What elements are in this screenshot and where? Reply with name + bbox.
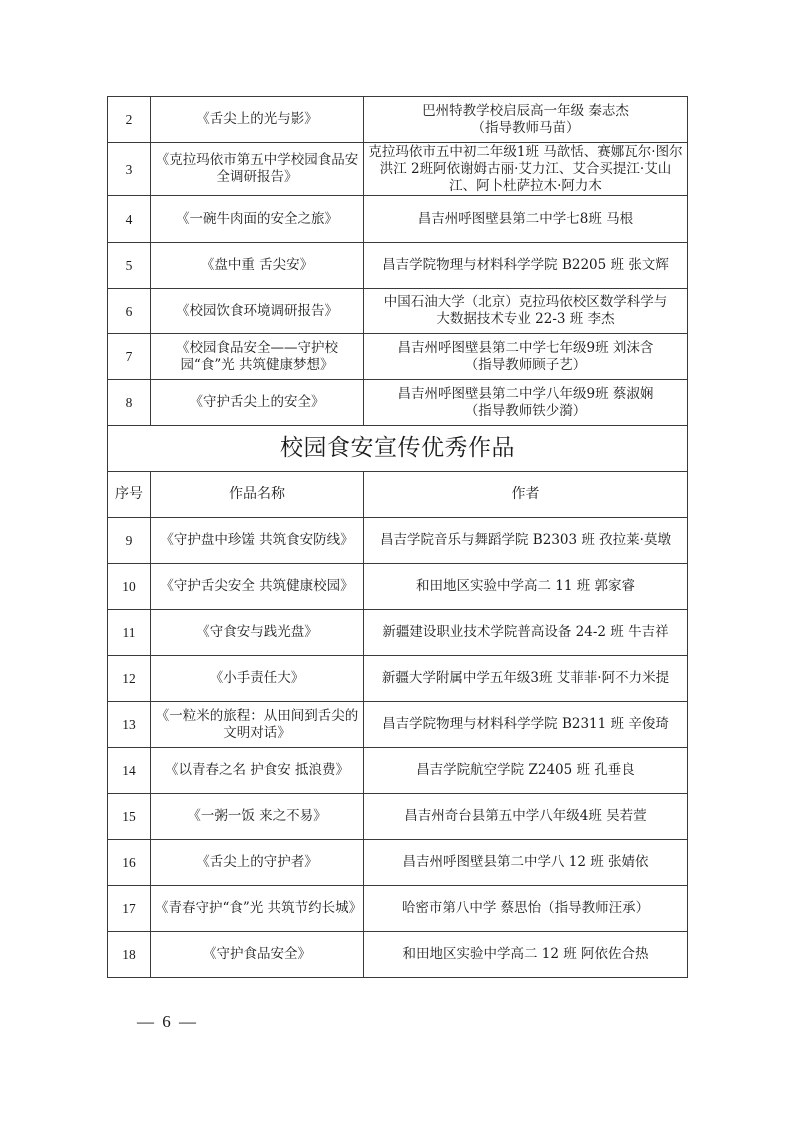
work-author: 和田地区实验中学高二 12 班 阿依佐合热 [364,932,688,978]
work-author: 新疆建设职业技术学院普高设备 24-2 班 牛吉祥 [364,610,688,656]
work-title: 《青春守护“食”光 共筑节约长城》 [151,886,364,932]
table-row: 18 《守护食品安全》 和田地区实验中学高二 12 班 阿依佐合热 [108,932,688,978]
work-title: 《守护食品安全》 [151,932,364,978]
page-number: — 6 — [137,1012,198,1032]
row-number: 11 [108,610,151,656]
work-author: 和田地区实验中学高二 11 班 郭家睿 [364,564,688,610]
row-number: 16 [108,840,151,886]
work-title: 《小手责任大》 [151,656,364,702]
author-line: 大数据技术专业 22-3 班 李杰 [368,311,683,328]
work-title: 《舌尖上的守护者》 [151,840,364,886]
row-number: 2 [108,97,151,143]
table-row: 6 《校园饮食环境调研报告》 中国石油大学（北京）克拉玛依校区数学科学与 大数据… [108,289,688,334]
row-number: 12 [108,656,151,702]
section-title: 校园食安宣传优秀作品 [108,426,688,472]
table-row: 5 《盘中重 舌尖安》 昌吉学院物理与材料科学学院 B2205 班 张文辉 [108,243,688,289]
work-title: 《校园食品安全——守护校园“食”光 共筑健康梦想》 [151,334,364,380]
work-title: 《一粒米的旅程：从田间到舌尖的文明对话》 [151,702,364,748]
work-title: 《以青春之名 护食安 抵浪费》 [151,748,364,794]
work-author: 昌吉州呼图壁县第二中学七8班 马根 [364,196,688,243]
table-row: 2 《舌尖上的光与影》 巴州特教学校启辰高一年级 秦志杰 （指导教师马苗） [108,97,688,143]
author-line: 中国石油大学（北京）克拉玛依校区数学科学与 [368,294,683,311]
work-author: 昌吉州奇台县第五中学八年级4班 吴若萱 [364,794,688,840]
row-number: 10 [108,564,151,610]
advisor-line: （指导教师马苗） [368,120,683,137]
table-row: 12 《小手责任大》 新疆大学附属中学五年级3班 艾菲菲·阿不力米提 [108,656,688,702]
work-author: 中国石油大学（北京）克拉玛依校区数学科学与 大数据技术专业 22-3 班 李杰 [364,289,688,334]
row-number: 13 [108,702,151,748]
table-row: 4 《一碗牛肉面的安全之旅》 昌吉州呼图壁县第二中学七8班 马根 [108,196,688,243]
table-row: 3 《克拉玛依市第五中学校园食品安全调研报告》 克拉玛依市五中初二年级1班 马歆… [108,143,688,196]
work-title: 《舌尖上的光与影》 [151,97,364,143]
work-author: 昌吉学院物理与材料科学学院 B2311 班 辛俊琦 [364,702,688,748]
work-author: 昌吉学院物理与材料科学学院 B2205 班 张文辉 [364,243,688,289]
work-title: 《守护舌尖上的安全》 [151,380,364,426]
work-author: 哈密市第八中学 蔡思怡（指导教师汪承） [364,886,688,932]
work-author: 巴州特教学校启辰高一年级 秦志杰 （指导教师马苗） [364,97,688,143]
header-no: 序号 [108,472,151,518]
row-number: 3 [108,143,151,196]
work-title: 《守护盘中珍馐 共筑食安防线》 [151,518,364,564]
work-title: 《盘中重 舌尖安》 [151,243,364,289]
work-author: 新疆大学附属中学五年级3班 艾菲菲·阿不力米提 [364,656,688,702]
table-row: 11 《守食安与践光盘》 新疆建设职业技术学院普高设备 24-2 班 牛吉祥 [108,610,688,656]
row-number: 4 [108,196,151,243]
table-row: 13 《一粒米的旅程：从田间到舌尖的文明对话》 昌吉学院物理与材料科学学院 B2… [108,702,688,748]
advisor-line: （指导教师铁少漪） [368,403,683,420]
table-header-row: 序号 作品名称 作者 [108,472,688,518]
row-number: 5 [108,243,151,289]
table-row: 14 《以青春之名 护食安 抵浪费》 昌吉学院航空学院 Z2405 班 孔垂良 [108,748,688,794]
table-row: 16 《舌尖上的守护者》 昌吉州呼图壁县第二中学八 12 班 张婧依 [108,840,688,886]
work-title: 《守食安与践光盘》 [151,610,364,656]
table-row: 9 《守护盘中珍馐 共筑食安防线》 昌吉学院音乐与舞蹈学院 B2303 班 孜拉… [108,518,688,564]
work-title: 《一粥一饭 来之不易》 [151,794,364,840]
work-author: 昌吉学院航空学院 Z2405 班 孔垂良 [364,748,688,794]
author-line: 昌吉州呼图壁县第二中学七年级9班 刘沫含 [368,340,683,357]
work-author: 昌吉州呼图壁县第二中学八 12 班 张婧依 [364,840,688,886]
table-row: 7 《校园食品安全——守护校园“食”光 共筑健康梦想》 昌吉州呼图壁县第二中学七… [108,334,688,380]
advisor-line: （指导教师顾子艺） [368,357,683,374]
section-title-row: 校园食安宣传优秀作品 [108,426,688,472]
table-row: 10 《守护舌尖安全 共筑健康校园》 和田地区实验中学高二 11 班 郭家睿 [108,564,688,610]
header-title: 作品名称 [151,472,364,518]
work-author: 昌吉州呼图壁县第二中学七年级9班 刘沫含 （指导教师顾子艺） [364,334,688,380]
work-title: 《校园饮食环境调研报告》 [151,289,364,334]
work-title: 《克拉玛依市第五中学校园食品安全调研报告》 [151,143,364,196]
author-line: 巴州特教学校启辰高一年级 秦志杰 [368,103,683,120]
work-author: 昌吉学院音乐与舞蹈学院 B2303 班 孜拉莱·莫墩 [364,518,688,564]
row-number: 9 [108,518,151,564]
document-page: 2 《舌尖上的光与影》 巴州特教学校启辰高一年级 秦志杰 （指导教师马苗） 3 … [0,0,793,1122]
author-line: 昌吉州呼图壁县第二中学八年级9班 蔡淑娴 [368,386,683,403]
work-title: 《守护舌尖安全 共筑健康校园》 [151,564,364,610]
work-author: 昌吉州呼图壁县第二中学八年级9班 蔡淑娴 （指导教师铁少漪） [364,380,688,426]
table-row: 17 《青春守护“食”光 共筑节约长城》 哈密市第八中学 蔡思怡（指导教师汪承） [108,886,688,932]
row-number: 7 [108,334,151,380]
row-number: 14 [108,748,151,794]
row-number: 6 [108,289,151,334]
work-author: 克拉玛依市五中初二年级1班 马歆恬、赛娜瓦尔·图尔洪江 2班阿依谢姆古丽·艾力江… [364,143,688,196]
row-number: 17 [108,886,151,932]
awards-table: 2 《舌尖上的光与影》 巴州特教学校启辰高一年级 秦志杰 （指导教师马苗） 3 … [107,96,688,978]
table-row: 15 《一粥一饭 来之不易》 昌吉州奇台县第五中学八年级4班 吴若萱 [108,794,688,840]
row-number: 15 [108,794,151,840]
header-author: 作者 [364,472,688,518]
table-row: 8 《守护舌尖上的安全》 昌吉州呼图壁县第二中学八年级9班 蔡淑娴 （指导教师铁… [108,380,688,426]
row-number: 8 [108,380,151,426]
row-number: 18 [108,932,151,978]
work-title: 《一碗牛肉面的安全之旅》 [151,196,364,243]
